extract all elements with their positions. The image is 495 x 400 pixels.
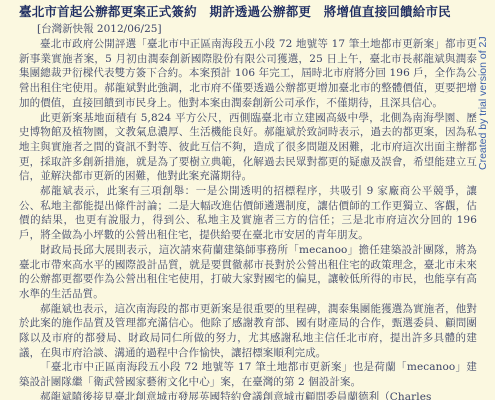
article: 臺北市首起公辦都更案正式簽約 期許透過公辦都更 將增值直接回饋給市民 [台灣新快… bbox=[19, 3, 477, 400]
article-title: 臺北市首起公辦都更案正式簽約 期許透過公辦都更 將增值直接回饋給市民 bbox=[19, 3, 477, 21]
article-body: 臺北市政府公開評選「臺北市中正區南海段五小段 72 地號等 17 筆土地都市更新… bbox=[19, 37, 477, 400]
article-paragraph: 此更新案基地面積有 5,824 平方公尺，西側臨臺北市立建國高級中學，北側為南海… bbox=[19, 111, 477, 185]
article-paragraph: 郝龍斌也表示，這次南海段的都市更新案是很重要的里程碑，潤泰集團能獲選為實施者，他… bbox=[19, 302, 477, 361]
article-paragraph: 財政局長邱大展則表示，這次請來荷蘭建築師事務所「mecanoo」擔任建築設計團隊… bbox=[19, 243, 477, 302]
article-source-line: [台灣新快報 2012/06/25] bbox=[19, 22, 477, 37]
article-paragraph: 臺北市政府公開評選「臺北市中正區南海段五小段 72 地號等 17 筆土地都市更新… bbox=[19, 37, 477, 111]
document-page: 臺北市首起公辦都更案正式簽約 期許透過公辦都更 將增值直接回饋給市民 [台灣新快… bbox=[0, 0, 495, 400]
article-paragraph: 「臺北市中正區南海段五小段 72 地號等 17 筆土地都市更新案」也是荷蘭「me… bbox=[19, 360, 477, 389]
article-paragraph: 郝龍斌表示，此案有三項創舉：一是公開透明的招標程序，共吸引 9 家廠商公平競爭，… bbox=[19, 184, 477, 243]
article-paragraph: 郝龍斌隨後接見臺北創意城市發展英國特約會議創意城市顧問委員蘭德利（Charles bbox=[19, 390, 477, 400]
trial-watermark: Created by trial version of 2J bbox=[477, 0, 489, 170]
